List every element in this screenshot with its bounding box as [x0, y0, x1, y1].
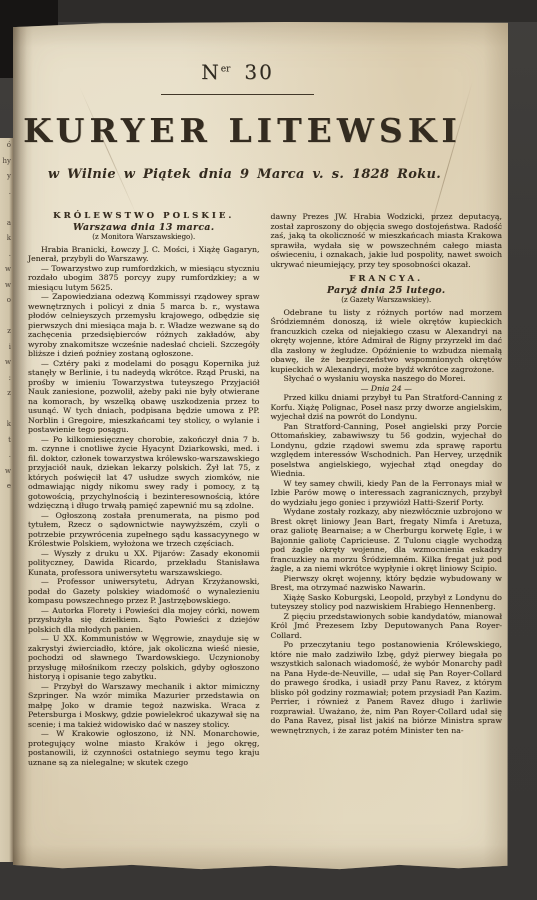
- article-paragraph: — Ogłoszoną została prenumerata, na pism…: [28, 511, 260, 549]
- section-dateline-paris: Paryż dnia 25 lutego.: [271, 286, 503, 296]
- newspaper-dateline: w Wilnie w Piątek dnia 9 Marca v. s. 182…: [0, 167, 492, 182]
- section-source: (z Gazety Warszawskiey).: [271, 296, 503, 306]
- article-paragraph: — Professor uniwersytetu, Adryan Krzyżan…: [28, 577, 260, 606]
- article-paragraph: — U XX. Kommunistów w Węgrowie, znayduje…: [28, 634, 260, 682]
- article-paragraph: Po przeczytaniu tego postanowienia Króle…: [271, 640, 503, 735]
- article-paragraph: — W Krakowie ogłoszono, iż NN. Monarchow…: [28, 729, 260, 767]
- date-subheading: — Dnia 24 —: [271, 384, 503, 394]
- adjacent-page-edge: ó hy y . a k . w w o z i w : z k t . w e: [0, 138, 13, 862]
- article-paragraph: — Zapowiedziana odezwą Kommissyi rządowe…: [28, 292, 260, 359]
- section-heading-poland: KRÓLEWSTWO POLSKIE.: [28, 212, 260, 222]
- article-paragraph-continued: dawny Prezes JW. Hrabia Wodzicki, przez …: [271, 212, 503, 269]
- article-paragraph: Słychać o wysłaniu woyska naszego do Mor…: [271, 374, 503, 384]
- article-paragraph: Odebrane tu listy z różnych portów nad m…: [271, 308, 503, 375]
- paper-crease: [78, 83, 140, 220]
- article-paragraph: Pierwszy okręt wojenny, który będzie wyb…: [271, 574, 503, 593]
- article-paragraph: — Po kilkomiesięczney chorobie, zakończy…: [28, 435, 260, 511]
- article-paragraph: Hrabia Branicki, Łowczy J. C. Mości, i X…: [28, 245, 260, 264]
- masthead-issue: Ner30: [0, 60, 485, 95]
- scan-top-border: [0, 0, 537, 22]
- article-paragraph: — Towarzystwo zup rumfordzkich, w miesią…: [28, 264, 260, 293]
- article-paragraph: — Wyszły z druku u XX. Pijarów: Zasady e…: [28, 549, 260, 578]
- section-source: (z Monitora Warszawskiego).: [28, 233, 260, 243]
- article-paragraph: Przed kilku dniami przybył tu Pan Stratf…: [271, 393, 503, 422]
- right-column: dawny Prezes JW. Hrabia Wodzicki, przez …: [271, 212, 503, 767]
- newspaper-title: KURYER LITEWSKI: [0, 111, 490, 150]
- section-heading-france: FRANCYA.: [271, 275, 503, 285]
- article-paragraph: W tey samey chwili, kiedy Pan de la Ferr…: [271, 479, 503, 508]
- article-paragraph: — Przybył do Warszawy mechanik i aktor m…: [28, 682, 260, 730]
- article-paragraph: — Autorka Florety i Powieści dla mojey c…: [28, 606, 260, 635]
- section-dateline-warsaw: Warszawa dnia 13 marca.: [28, 223, 260, 233]
- issue-number: Ner30: [201, 60, 274, 84]
- article-paragraph: — Cztéry paki z modelami do posągu Koper…: [28, 359, 260, 435]
- newspaper-page: Ner30 KURYER LITEWSKI w Wilnie w Piątek …: [13, 22, 508, 870]
- left-column: KRÓLEWSTWO POLSKIE. Warszawa dnia 13 mar…: [28, 212, 260, 767]
- masthead-rule: [161, 94, 314, 95]
- article-columns: KRÓLEWSTWO POLSKIE. Warszawa dnia 13 mar…: [13, 212, 508, 767]
- article-paragraph: Xiążę Sasko Koburgski, Leopold, przybył …: [271, 593, 503, 612]
- article-paragraph: Z pięciu przedstawionych sobie kandydató…: [271, 612, 503, 641]
- article-paragraph: Pan Stratford-Canning, Poseł angielski p…: [271, 422, 503, 479]
- article-paragraph: Wydane zostały rozkazy, aby niezwłócznie…: [271, 507, 503, 574]
